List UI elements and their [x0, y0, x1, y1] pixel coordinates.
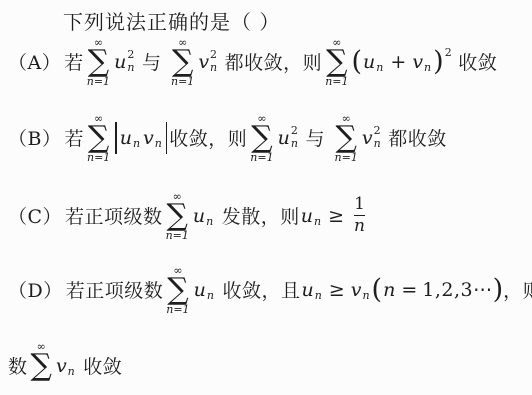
superscript: 2: [445, 46, 452, 59]
subscript: n: [127, 62, 134, 75]
option-label: （B）: [8, 124, 61, 151]
math-variable: vn: [412, 51, 432, 73]
text-run: 与: [299, 124, 332, 151]
sum-lower-limit: n=1: [87, 75, 110, 88]
abs-bar: [115, 122, 116, 154]
subscript: n: [133, 137, 140, 150]
text-run: 收敛: [77, 352, 123, 379]
subscript: n: [207, 289, 214, 302]
option-label: （A）: [8, 48, 61, 75]
sum-lower-limit: n=1: [325, 75, 348, 88]
sum-lower-limit: n=1: [335, 151, 358, 164]
sum-lower-limit: n=1: [250, 151, 273, 164]
math-variable: un: [120, 127, 141, 149]
text-run: 都收敛，则: [218, 48, 322, 75]
parenthesis: ): [493, 276, 504, 303]
summation: ∞∑n=1: [335, 112, 358, 164]
operator: +: [390, 51, 406, 73]
text-run: 若: [64, 48, 84, 75]
text-run: 数: [8, 352, 28, 379]
summation: ∞∑n=1: [166, 264, 189, 316]
subscript: n: [291, 138, 298, 151]
sigma-icon: ∑: [88, 125, 109, 151]
operator: ≥: [328, 205, 344, 227]
parenthesis: (: [352, 48, 363, 75]
option-a: （A）若∞∑n=1u2n 与 ∞∑n=1v2n 都收敛，则∞∑n=1(un+vn…: [8, 36, 497, 88]
option-d: （D）若正项级数∞∑n=1un 收敛，且un≥vn(n=1,2,3⋯)，则级: [8, 264, 532, 316]
subscript: n: [210, 62, 217, 75]
numerator: 1: [354, 196, 365, 214]
summation: ∞∑n=1: [87, 36, 110, 88]
question-lines: （A）若∞∑n=1u2n 与 ∞∑n=1v2n 都收敛，则∞∑n=1(un+vn…: [0, 0, 532, 395]
math-variable: un: [301, 279, 322, 301]
subscript: n: [424, 61, 431, 74]
sigma-icon: ∑: [326, 49, 347, 75]
summation: ∞∑: [31, 340, 52, 392]
math-variable: un: [194, 279, 215, 301]
subscript: n: [374, 138, 381, 151]
summation: ∞∑n=1: [166, 190, 189, 242]
option-c: （C）若正项级数∞∑n=1un 发散，则un≥1n: [8, 190, 365, 242]
operator: =: [401, 279, 417, 301]
sigma-icon: ∑: [31, 353, 52, 379]
text-run: 收敛，且: [216, 276, 301, 303]
math-variable: v2n: [362, 125, 381, 150]
sigma-icon: ∑: [335, 125, 356, 151]
sum-lower-limit: [39, 379, 43, 392]
sigma-icon: ∑: [167, 277, 188, 303]
text-run: 1,2,3⋯: [422, 279, 492, 301]
sigma-icon: ∑: [88, 49, 109, 75]
math-variable: u2n: [278, 125, 298, 150]
sigma-icon: ∑: [251, 125, 272, 151]
math-variable: v2n: [198, 49, 217, 74]
option-d-continuation: 数∞∑ vn 收敛: [8, 340, 122, 392]
text-run: 发散，则: [215, 202, 300, 229]
subscript: n: [315, 289, 322, 302]
option-b: （B）若∞∑n=1unvn收敛，则∞∑n=1u2n 与 ∞∑n=1v2n 都收敛: [8, 112, 447, 164]
text-run: 若正项级数: [65, 202, 163, 229]
subscript: n: [155, 137, 162, 150]
sum-lower-limit: n=1: [171, 75, 194, 88]
text-run: 收敛: [452, 48, 498, 75]
sigma-icon: ∑: [172, 49, 193, 75]
parenthesis: )2: [433, 48, 452, 75]
question-page: 下列说法正确的是（ ） （A）若∞∑n=1u2n 与 ∞∑n=1v2n 都收敛，…: [0, 0, 532, 395]
abs-bar: [166, 122, 167, 154]
text-run: ，则级: [503, 276, 532, 303]
subscript: n: [314, 215, 321, 228]
math-variable: n: [383, 279, 395, 301]
math-variable: u2n: [114, 49, 134, 74]
summation: ∞∑n=1: [250, 112, 273, 164]
denominator: n: [354, 218, 365, 236]
text-run: 都收敛: [382, 124, 447, 151]
subscript: n: [376, 61, 383, 74]
math-variable: un: [193, 205, 214, 227]
option-label: （C）: [8, 202, 62, 229]
math-variable: un: [301, 205, 322, 227]
text-run: 若: [64, 124, 84, 151]
sum-lower-limit: n=1: [166, 229, 189, 242]
subscript: n: [68, 365, 75, 378]
subscript: n: [362, 289, 369, 302]
text-run: 与: [135, 48, 168, 75]
subscript: n: [206, 215, 213, 228]
sigma-icon: ∑: [167, 203, 188, 229]
option-label: （D）: [8, 276, 63, 303]
math-variable: vn: [56, 355, 76, 377]
summation: ∞∑n=1: [325, 36, 348, 88]
fraction: 1n: [354, 196, 365, 237]
sum-lower-limit: n=1: [87, 151, 110, 164]
sum-lower-limit: n=1: [166, 303, 189, 316]
math-variable: vn: [351, 279, 371, 301]
math-variable: un: [363, 51, 384, 73]
math-variable: vn: [143, 127, 163, 149]
summation: ∞∑n=1: [171, 36, 194, 88]
operator: ≥: [329, 279, 345, 301]
text-run: 收敛，则: [169, 124, 247, 151]
parenthesis: (: [372, 276, 383, 303]
text-run: 若正项级数: [66, 276, 164, 303]
summation: ∞∑n=1: [87, 112, 110, 164]
